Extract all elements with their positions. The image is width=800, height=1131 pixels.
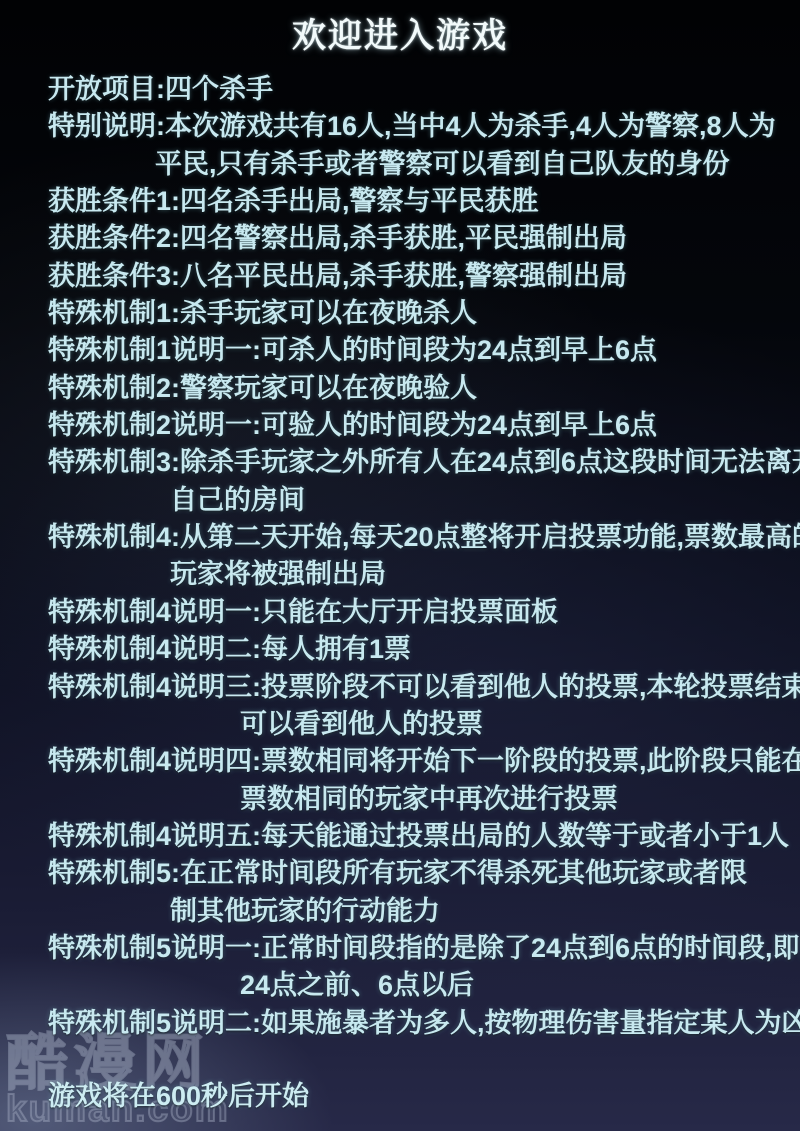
countdown-text: 游戏将在600秒后开始 [48, 1074, 309, 1113]
rule-line: 开放项目:四个杀手 [48, 71, 800, 108]
rule-line: 制其他玩家的行动能力 [48, 893, 800, 930]
rule-line: 特殊机制4说明二:每人拥有1票 [48, 631, 800, 668]
rule-line: 24点之前、6点以后 [48, 967, 800, 1004]
rule-line: 特殊机制1:杀手玩家可以在夜晚杀人 [48, 295, 800, 332]
rule-line: 获胜条件2:四名警察出局,杀手获胜,平民强制出局 [48, 220, 800, 257]
rules-list: 开放项目:四个杀手特别说明:本次游戏共有16人,当中4人为杀手,4人为警察,8人… [48, 71, 800, 1042]
rule-line: 特殊机制5说明二:如果施暴者为多人,按物理伤害量指定某人为凶手 [48, 1005, 800, 1042]
rule-line: 特别说明:本次游戏共有16人,当中4人为杀手,4人为警察,8人为 [48, 108, 800, 145]
rule-line: 特殊机制4说明四:票数相同将开始下一阶段的投票,此阶段只能在 [48, 743, 800, 780]
rule-line: 票数相同的玩家中再次进行投票 [48, 781, 800, 818]
rule-line: 特殊机制4说明五:每天能通过投票出局的人数等于或者小于1人 [48, 818, 800, 855]
rule-line: 特殊机制3:除杀手玩家之外所有人在24点到6点这段时间无法离开 [48, 444, 800, 481]
rule-line: 特殊机制2说明一:可验人的时间段为24点到早上6点 [48, 407, 800, 444]
rule-line: 特殊机制4说明三:投票阶段不可以看到他人的投票,本轮投票结束后 [48, 669, 800, 706]
rule-line: 平民,只有杀手或者警察可以看到自己队友的身份 [48, 146, 800, 183]
rule-line: 获胜条件3:八名平民出局,杀手获胜,警察强制出局 [48, 258, 800, 295]
rule-line: 获胜条件1:四名杀手出局,警察与平民获胜 [48, 183, 800, 220]
rule-line: 特殊机制2:警察玩家可以在夜晚验人 [48, 370, 800, 407]
rule-line: 特殊机制5:在正常时间段所有玩家不得杀死其他玩家或者限 [48, 855, 800, 892]
rule-line: 可以看到他人的投票 [48, 706, 800, 743]
rule-line: 自己的房间 [48, 482, 800, 519]
rule-line: 特殊机制4:从第二天开始,每天20点整将开启投票功能,票数最高的 [48, 519, 800, 556]
rule-line: 特殊机制1说明一:可杀人的时间段为24点到早上6点 [48, 332, 800, 369]
rule-line: 玩家将被强制出局 [48, 556, 800, 593]
rule-line: 特殊机制5说明一:正常时间段指的是除了24点到6点的时间段,即为 [48, 930, 800, 967]
game-rules-screen: 酷漫网 kuman.com 欢迎进入游戏 开放项目:四个杀手特别说明:本次游戏共… [0, 0, 800, 1131]
page-title: 欢迎进入游戏 [0, 8, 800, 57]
rule-line: 特殊机制4说明一:只能在大厅开启投票面板 [48, 594, 800, 631]
